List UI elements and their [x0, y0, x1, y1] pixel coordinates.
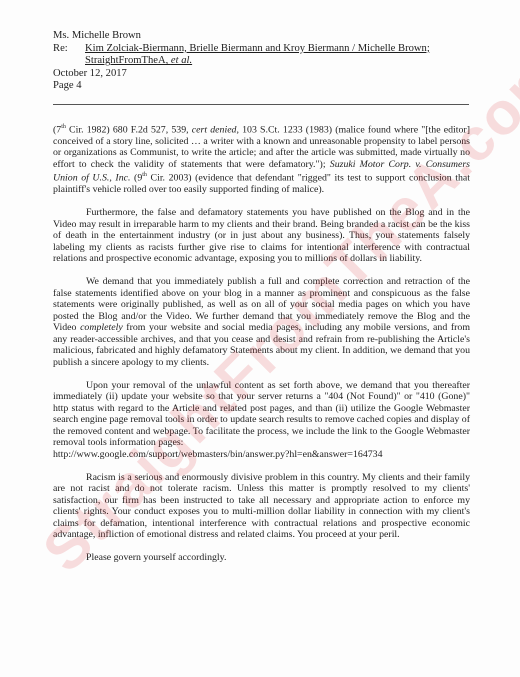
letter-page: Ms. Michelle Brown Re: Kim Zolciak-Bierm… [0, 0, 520, 677]
re-subject-line-1: Kim Zolciak-Biermann, Brielle Biermann a… [85, 43, 430, 56]
page-number: Page 4 [53, 80, 473, 93]
paragraph-demand-retraction: We demand that you immediately publish a… [53, 276, 470, 368]
paragraph-racism: Racism is a serious and enormously divis… [53, 472, 470, 541]
re-line: Re: Kim Zolciak-Biermann, Brielle Bierma… [53, 43, 473, 56]
re-subject-italic: et al. [171, 55, 192, 66]
paragraph-text: Upon your removal of the unlawful conten… [53, 380, 470, 449]
citation-text: Cir. 1982) 680 F.2d 527, 539, [66, 124, 192, 135]
paragraph-closing: Please govern yourself accordingly. [53, 552, 470, 564]
re-subject-line-2: StraightFromTheA, et al. [53, 55, 473, 68]
re-subject-plain: StraightFromTheA, [85, 55, 171, 66]
recipient-line: Ms. Michelle Brown [53, 30, 473, 43]
emphasis-italic: completely [80, 322, 123, 333]
paragraph-removal-instructions: Upon your removal of the unlawful conten… [53, 380, 470, 461]
letter-header: Ms. Michelle Brown Re: Kim Zolciak-Bierm… [53, 30, 473, 93]
paragraph-harm: Furthermore, the false and defamatory st… [53, 207, 470, 265]
re-label: Re: [53, 43, 85, 56]
letter-date: October 12, 2017 [53, 68, 473, 81]
letter-body: (7th Cir. 1982) 680 F.2d 527, 539, cert … [53, 122, 470, 575]
citation-italic: cert denied [192, 124, 237, 135]
citation-text: (9 [130, 173, 142, 184]
citation-text: (7 [53, 124, 61, 135]
header-divider [53, 104, 469, 105]
google-removal-link[interactable]: http://www.google.com/support/webmasters… [53, 449, 470, 461]
paragraph-case-citations: (7th Cir. 1982) 680 F.2d 527, 539, cert … [53, 122, 470, 196]
